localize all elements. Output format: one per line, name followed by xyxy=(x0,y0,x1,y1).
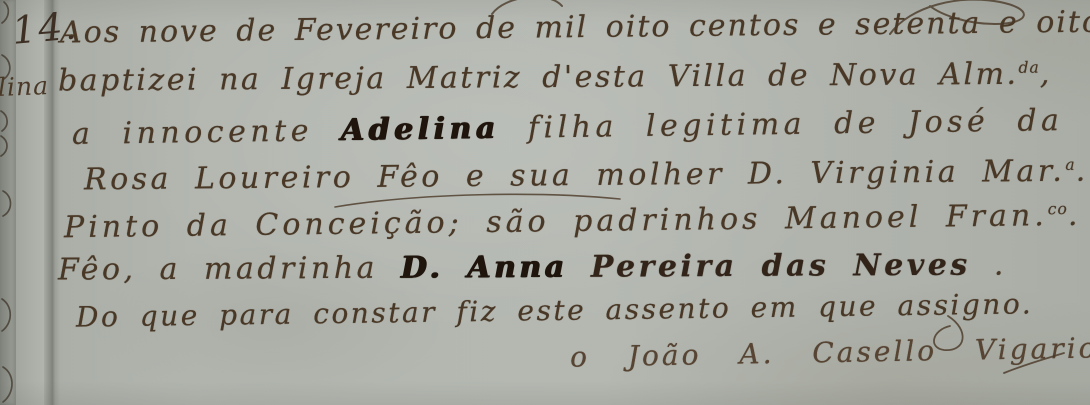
line-2-superscript: da xyxy=(1018,59,1039,77)
signature-text: o João A. Casello Vigario xyxy=(570,331,1090,373)
line-5-text: Pinto da Conceição; são padrinhos Manoel… xyxy=(64,198,1048,245)
text-line-2: baptizei na Igreja Matriz d'esta Villa d… xyxy=(58,57,1052,99)
line-7-text: Do que para constar fiz este assento em … xyxy=(76,287,1034,333)
margin-name-fragment: lina xyxy=(0,71,49,102)
document-scan: 14. lina Aos nove de Fevereiro de mil oi… xyxy=(0,0,1090,405)
line-4-punct: . xyxy=(1076,154,1089,189)
line-6-punct: . xyxy=(971,248,1007,283)
line-5-punct: . xyxy=(1068,198,1082,233)
text-line-5: Pinto da Conceição; são padrinhos Manoel… xyxy=(64,198,1082,245)
gutter-paper-band xyxy=(16,0,44,405)
line-2-punct: , xyxy=(1040,57,1052,92)
line-1-text: Aos nove de Fevereiro de mil oito centos… xyxy=(60,4,1090,50)
text-line-6: Fêo, a madrinha D. Anna Pereira das Neve… xyxy=(58,248,1007,288)
gutter-fold-line xyxy=(44,0,60,405)
line-4-superscript: a xyxy=(1065,156,1075,174)
line-2-text: baptizei na Igreja Matriz d'esta Villa d… xyxy=(58,57,1019,99)
godmother-name-bold: D. Anna xyxy=(401,250,568,286)
godmother-surname: Pereira das Neves xyxy=(591,248,971,285)
line-3-text-b: filha legitima de José da xyxy=(500,103,1064,146)
line-6-space xyxy=(568,250,591,285)
line-4-text: Rosa Loureiro Fêo e sua molher D. Virgin… xyxy=(84,154,1066,198)
line-3-text-a: a innocente xyxy=(72,113,341,152)
vicar-signature: o João A. Casello Vigario xyxy=(570,331,1090,373)
text-line-3: a innocente Adelina filha legitima de Jo… xyxy=(72,103,1064,152)
baptized-child-name: Adelina xyxy=(341,111,500,148)
line-5-superscript: co xyxy=(1048,200,1068,218)
text-line-1: Aos nove de Fevereiro de mil oito centos… xyxy=(60,4,1090,50)
line-6-text-a: Fêo, a madrinha xyxy=(58,251,401,288)
text-line-7: Do que para constar fiz este assento em … xyxy=(76,287,1034,333)
previous-page-edge xyxy=(0,0,16,405)
text-line-4: Rosa Loureiro Fêo e sua molher D. Virgin… xyxy=(84,154,1089,198)
